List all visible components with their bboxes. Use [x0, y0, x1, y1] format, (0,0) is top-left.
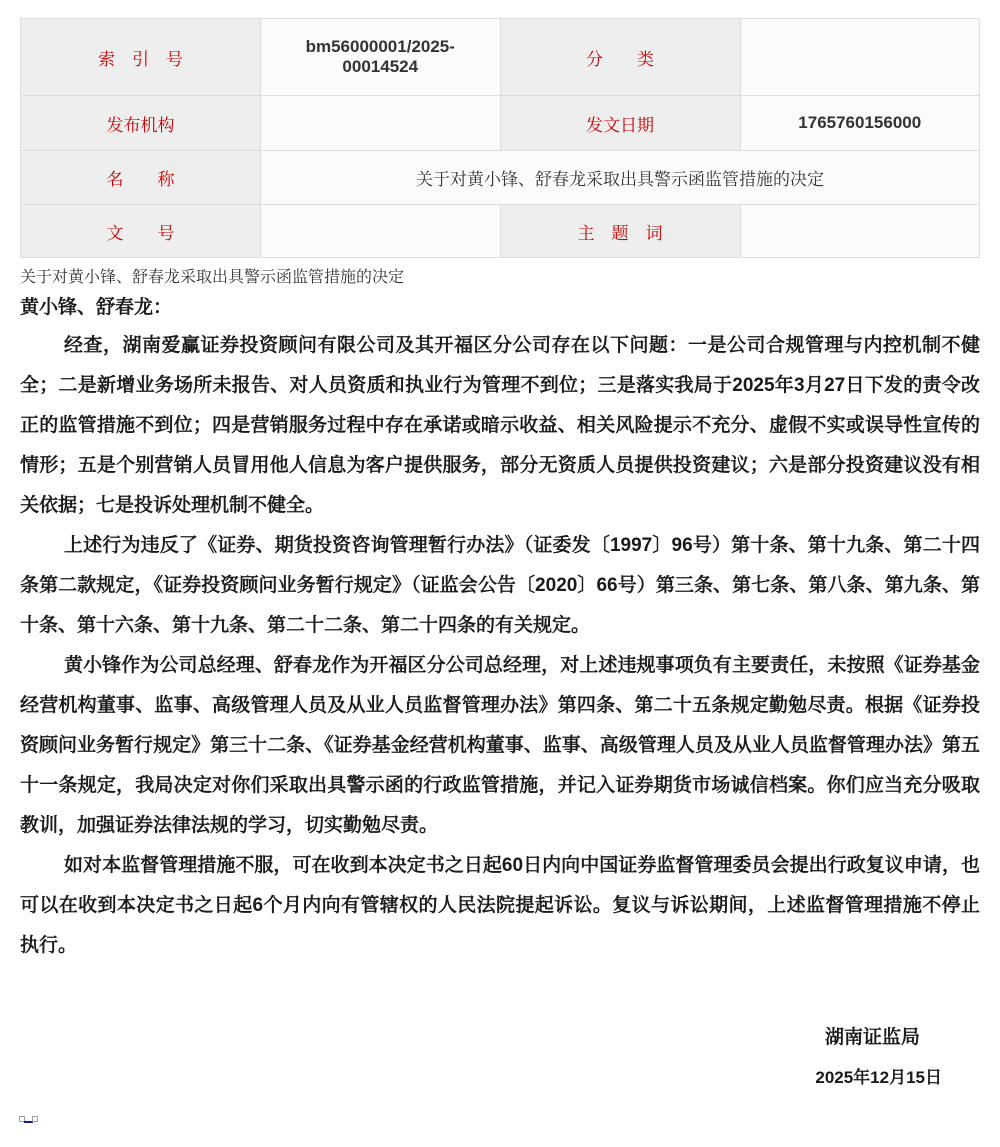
signature-date: 2025年12月15日 — [20, 1058, 980, 1098]
body-paragraph-decision: 黄小锋作为公司总经理、舒春龙作为开福区分公司总经理，对上述违规事项负有主要责任，… — [20, 646, 980, 846]
info-label-name: 名 称 — [21, 151, 261, 205]
info-label-document-number: 文 号 — [21, 205, 261, 258]
info-label-category: 分 类 — [500, 19, 740, 96]
info-value-name: 关于对黄小锋、舒春龙采取出具警示函监管措施的决定 — [261, 151, 980, 205]
body-paragraph-findings: 经查，湖南爱赢证券投资顾问有限公司及其开福区分公司存在以下问题：一是公司合规管理… — [20, 326, 980, 526]
info-value-category — [740, 19, 980, 96]
body-paragraph-violations: 上述行为违反了《证券、期货投资咨询管理暂行办法》（证委发〔1997〕96号）第十… — [20, 526, 980, 646]
table-row: 文 号 主 题 词 — [21, 205, 980, 258]
info-value-issue-date: 1765760156000 — [740, 96, 980, 151]
table-row: 发布机构 发文日期 1765760156000 — [21, 96, 980, 151]
table-row: 索 引 号 bm56000001/2025-00014524 分 类 — [21, 19, 980, 96]
document-info-table: 索 引 号 bm56000001/2025-00014524 分 类 发布机构 … — [20, 18, 980, 258]
info-label-issue-date: 发文日期 — [500, 96, 740, 151]
body-paragraph-appeal-rights: 如对本监督管理措施不服，可在收到本决定书之日起60日内向中国证券监督管理委员会提… — [20, 846, 980, 966]
info-label-subject-words: 主 题 词 — [500, 205, 740, 258]
info-label-issuing-agency: 发布机构 — [21, 96, 261, 151]
signature-block: 湖南证监局 2025年12月15日 — [20, 1018, 980, 1098]
info-value-document-number — [261, 205, 501, 258]
info-value-index-number: bm56000001/2025-00014524 — [261, 19, 501, 96]
signature-organization: 湖南证监局 — [20, 1018, 980, 1058]
table-row: 名 称 关于对黄小锋、舒春龙采取出具警示函监管措施的决定 — [21, 151, 980, 205]
info-value-issuing-agency — [261, 96, 501, 151]
broken-image-icon — [19, 1114, 38, 1123]
document-page: 索 引 号 bm56000001/2025-00014524 分 类 发布机构 … — [0, 0, 1000, 1147]
info-label-index-number: 索 引 号 — [21, 19, 261, 96]
document-title: 关于对黄小锋、舒春龙采取出具警示函监管措施的决定 — [20, 267, 980, 289]
broken-image-right-square — [32, 1116, 38, 1122]
document-salutation: 黄小锋、舒春龙： — [20, 294, 980, 322]
info-value-subject-words — [740, 205, 980, 258]
